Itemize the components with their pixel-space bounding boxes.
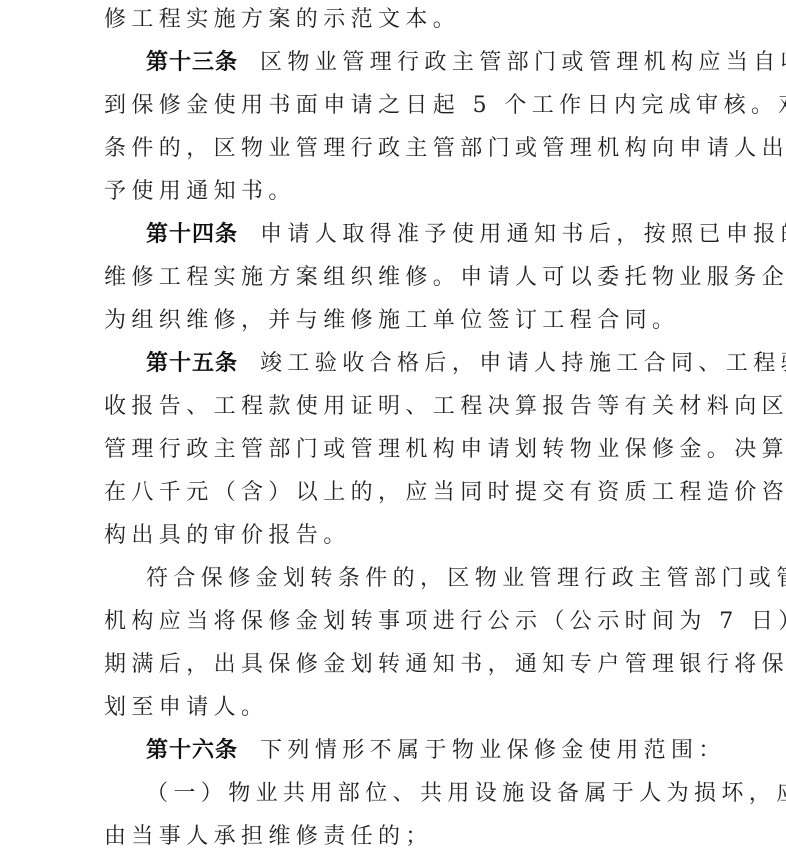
list-item-line: （一）物业共用部位、共用设施设备属于人为损坏，应当	[146, 776, 728, 812]
line-text: （一）物业共用部位、共用设施设备属于人为损坏，应当	[146, 781, 786, 806]
article-heading: 第十四条	[146, 222, 238, 247]
line-text: 符合保修金划转条件的，区物业管理行政主管部门或管理	[146, 566, 786, 591]
line-text: 机构应当将保修金划转事项进行公示（公示时间为 7 日）。公示	[104, 609, 786, 634]
line-text: 区物业管理行政主管部门或管理机构应当自收	[260, 50, 786, 75]
line-text: 在八千元（含）以上的，应当同时提交有资质工程造价咨询机	[104, 480, 786, 505]
line-text: 为组织维修，并与维修施工单位签订工程合同。	[104, 308, 679, 333]
line-text: 予使用通知书。	[104, 179, 296, 204]
text-line: 划至申请人。	[104, 690, 686, 726]
line-text: 修工程实施方案的示范文本。	[104, 7, 460, 32]
line-text: 期满后，出具保修金划转通知书，通知专户管理银行将保修金	[104, 652, 786, 677]
line-text: 构出具的审价报告。	[104, 523, 351, 548]
line-text: 收报告、工程款使用证明、工程决算报告等有关材料向区物业	[104, 394, 786, 419]
text-line: 管理行政主管部门或管理机构申请划转物业保修金。决算费用	[104, 432, 686, 468]
text-line: 收报告、工程款使用证明、工程决算报告等有关材料向区物业	[104, 389, 686, 425]
text-line: 为组织维修，并与维修施工单位签订工程合同。	[104, 303, 686, 339]
paragraph-start-line: 符合保修金划转条件的，区物业管理行政主管部门或管理	[146, 561, 728, 597]
text-line: 在八千元（含）以上的，应当同时提交有资质工程造价咨询机	[104, 475, 686, 511]
text-line: 条件的，区物业管理行政主管部门或管理机构向申请人出具准	[104, 131, 686, 167]
text-line: 到保修金使用书面申请之日起 5 个工作日内完成审核。对符合	[104, 88, 686, 124]
article-heading: 第十五条	[146, 351, 238, 376]
line-text: 竣工验收合格后，申请人持施工合同、工程验	[260, 351, 786, 376]
article-15-line: 第十五条竣工验收合格后，申请人持施工合同、工程验	[146, 346, 728, 382]
line-text: 管理行政主管部门或管理机构申请划转物业保修金。决算费用	[104, 437, 786, 462]
text-line: 构出具的审价报告。	[104, 518, 686, 554]
document-page: 修工程实施方案的示范文本。 第十三条区物业管理行政主管部门或管理机构应当自收 到…	[0, 0, 786, 855]
line-text: 下列情形不属于物业保修金使用范围：	[260, 738, 726, 763]
article-heading: 第十六条	[146, 738, 238, 763]
text-line: 由当事人承担维修责任的；	[104, 819, 686, 855]
text-line: 修工程实施方案的示范文本。	[104, 2, 686, 38]
line-text: 到保修金使用书面申请之日起 5 个工作日内完成审核。对符合	[104, 93, 786, 118]
article-13-line: 第十三条区物业管理行政主管部门或管理机构应当自收	[146, 45, 728, 81]
line-text: 划至申请人。	[104, 695, 268, 720]
line-text: 申请人取得准予使用通知书后，按照已申报的	[260, 222, 786, 247]
article-14-line: 第十四条申请人取得准予使用通知书后，按照已申报的	[146, 217, 728, 253]
text-line: 机构应当将保修金划转事项进行公示（公示时间为 7 日）。公示	[104, 604, 686, 640]
article-heading: 第十三条	[146, 50, 238, 75]
text-line: 维修工程实施方案组织维修。申请人可以委托物业服务企业代	[104, 260, 686, 296]
text-line: 予使用通知书。	[104, 174, 686, 210]
line-text: 条件的，区物业管理行政主管部门或管理机构向申请人出具准	[104, 136, 786, 161]
text-line: 期满后，出具保修金划转通知书，通知专户管理银行将保修金	[104, 647, 686, 683]
line-text: 由当事人承担维修责任的；	[104, 824, 433, 849]
article-16-line: 第十六条下列情形不属于物业保修金使用范围：	[146, 733, 728, 769]
line-text: 维修工程实施方案组织维修。申请人可以委托物业服务企业代	[104, 265, 786, 290]
